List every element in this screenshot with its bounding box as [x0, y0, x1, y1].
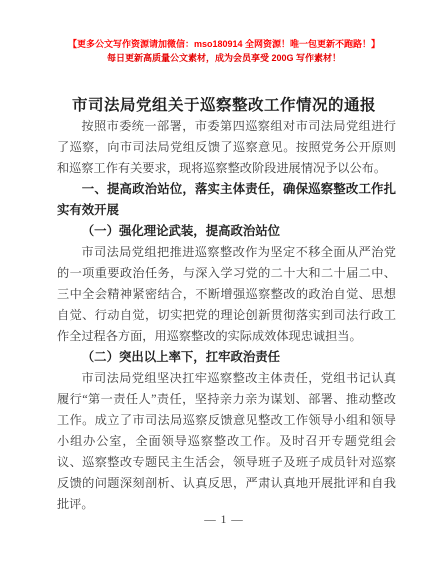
banner-line-2: 每日更新高质量公文素材，成为会员享受 200G 写作素材！ [0, 52, 448, 64]
banner-line-1: 【更多公文写作资源请加微信：mso180914 全网资源！唯一包更新不跑路！】 [0, 38, 448, 50]
paragraph-intro: 按照市委统一部署，市委第四巡察组对市司法局党组进行了巡察，向市司法局党组反馈了巡… [57, 116, 396, 179]
spam-banner: 【更多公文写作资源请加微信：mso180914 全网资源！唯一包更新不跑路！】 … [0, 38, 448, 64]
document-page: 【更多公文写作资源请加微信：mso180914 全网资源！唯一包更新不跑路！】 … [0, 0, 448, 580]
document-body: 按照市委统一部署，市委第四巡察组对市司法局党组进行了巡察，向市司法局党组反馈了巡… [57, 116, 396, 515]
section-heading-1: 一、提高政治站位，落实主体责任，确保巡察整改工作扎实有效开展 [57, 179, 396, 221]
paragraph-responsibility: 市司法局党组坚决扛牢巡察整改主体责任，党组书记认真履行“第一责任人”责任，坚持亲… [57, 368, 396, 515]
document-title: 市司法局党组关于巡察整改工作情况的通报 [0, 93, 448, 115]
paragraph-theory: 市司法局党组把推进巡察整改作为坚定不移全面从严治党的一项重要政治任务，与深入学习… [57, 242, 396, 347]
page-number: — 1 — [0, 514, 448, 526]
sub-heading-1: （一）强化理论武装，提高政治站位 [57, 221, 396, 242]
sub-heading-2: （二）突出以上率下，扛牢政治责任 [57, 347, 396, 368]
